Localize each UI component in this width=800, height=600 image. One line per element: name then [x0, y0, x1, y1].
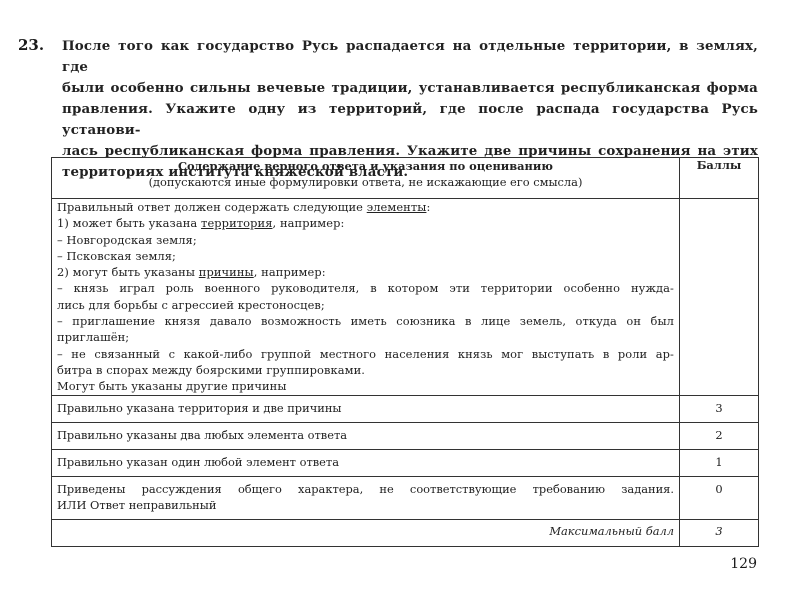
criteria-score: 1 — [680, 449, 759, 476]
reason-item: – князь играл роль военного руководителя… — [57, 280, 674, 296]
criteria-row: Правильно указаны два любых элемента отв… — [52, 422, 759, 449]
underlined-term: территория — [201, 216, 272, 230]
max-score-label: Максимальный балл — [52, 519, 680, 546]
grading-table: Содержание верного ответа и указания по … — [51, 157, 759, 547]
answer-score-cell — [680, 199, 759, 396]
criteria-text: Приведены рассуждения общего характера, … — [52, 476, 680, 519]
criteria-text: Правильно указан один любой элемент отве… — [52, 449, 680, 476]
reason-item: – не связанный с какой-либо группой мест… — [57, 346, 674, 362]
page-number: 129 — [730, 556, 757, 572]
answer-intro: Правильный ответ должен содержать следую… — [57, 199, 674, 215]
territory-item: – Новгородская земля; — [57, 232, 674, 248]
text: , например: — [254, 265, 326, 279]
criteria-line: Приведены рассуждения общего характера, … — [57, 481, 674, 497]
text: 2) могут быть указаны — [57, 265, 199, 279]
header-subtitle: (допускаются иные формулировки ответа, н… — [149, 175, 583, 189]
text: 1) может быть указана — [57, 216, 201, 230]
territory-item: – Псковская земля; — [57, 248, 674, 264]
answer-item-1: 1) может быть указана территория, наприм… — [57, 215, 674, 231]
criteria-row: Приведены рассуждения общего характера, … — [52, 476, 759, 519]
header-content-cell: Содержание верного ответа и указания по … — [52, 158, 680, 199]
task-number: 23. — [18, 36, 44, 54]
criteria-text: Правильно указана территория и две причи… — [52, 395, 680, 422]
criteria-row: Правильно указана территория и две причи… — [52, 395, 759, 422]
question-line: были особенно сильны вечевые традиции, у… — [62, 78, 758, 99]
reason-item: – приглашение князя давало возможность и… — [57, 313, 674, 329]
header-title: Содержание верного ответа и указания по … — [57, 158, 674, 174]
question-line: правления. Укажите одну из территорий, г… — [62, 99, 758, 141]
question-line: После того как государство Русь распадае… — [62, 36, 758, 78]
underlined-term: элементы — [367, 200, 427, 214]
max-score-value: 3 — [680, 519, 759, 546]
reason-item-cont: битра в спорах между боярскими группиров… — [57, 362, 674, 378]
criteria-score: 3 — [680, 395, 759, 422]
criteria-text: Правильно указаны два любых элемента отв… — [52, 422, 680, 449]
underlined-term: причины — [199, 265, 254, 279]
header-score-cell: Баллы — [680, 158, 759, 199]
answer-row: Правильный ответ должен содержать следую… — [52, 199, 759, 396]
criteria-line: ИЛИ Ответ неправильный — [57, 497, 674, 513]
criteria-score: 2 — [680, 422, 759, 449]
text: Правильный ответ должен содержать следую… — [57, 200, 367, 214]
answer-closing: Могут быть указаны другие причины — [57, 378, 674, 394]
criteria-row: Правильно указан один любой элемент отве… — [52, 449, 759, 476]
reason-item-cont: приглашён; — [57, 329, 674, 345]
text: : — [426, 200, 430, 214]
answer-content-cell: Правильный ответ должен содержать следую… — [52, 199, 680, 396]
max-score-row: Максимальный балл 3 — [52, 519, 759, 546]
answer-item-2: 2) могут быть указаны причины, например: — [57, 264, 674, 280]
criteria-score: 0 — [680, 476, 759, 519]
text: , например: — [273, 216, 345, 230]
reason-item-cont: лись для борьбы с агрессией крестоносцев… — [57, 297, 674, 313]
table-header-row: Содержание верного ответа и указания по … — [52, 158, 759, 199]
